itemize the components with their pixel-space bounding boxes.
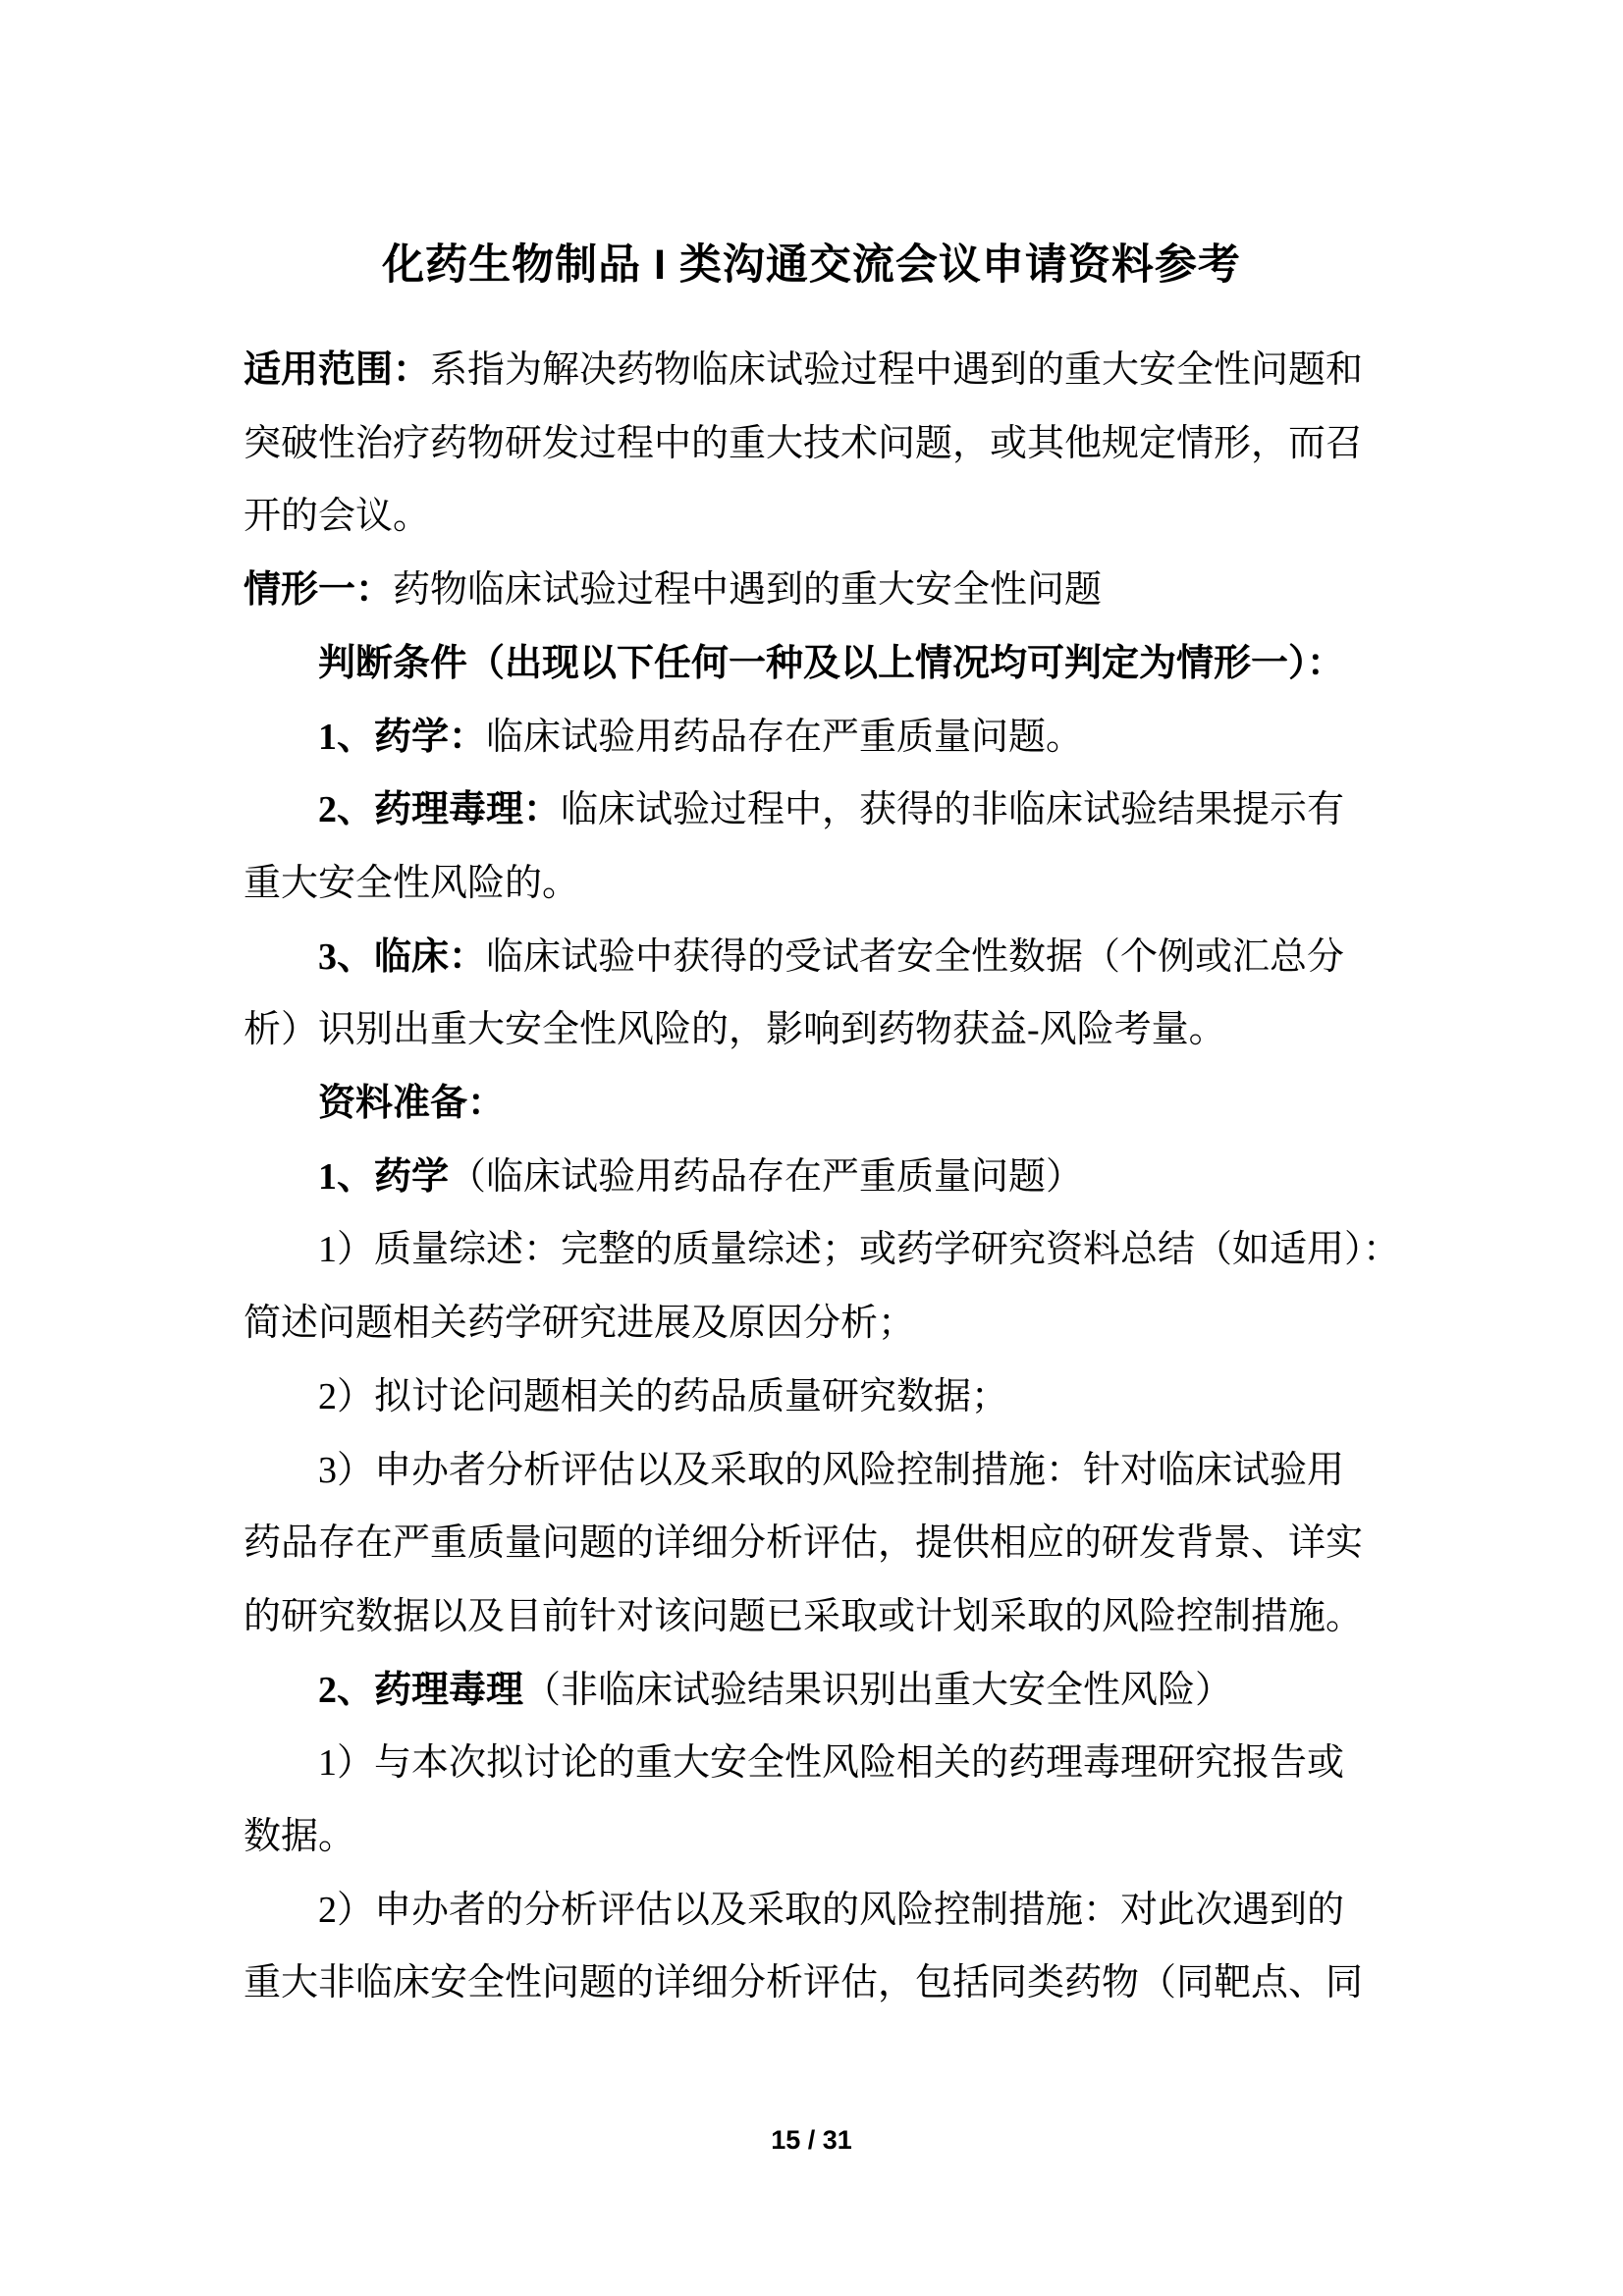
paragraph-lead: 判断条件（出现以下任何一种及以上情况均可判定为情形一）：	[318, 643, 1344, 684]
paragraph-lead: 1、药学	[318, 1156, 449, 1198]
paragraph-line: 析）识别出重大安全性风险的，影响到药物获益-风险考量。	[243, 993, 1451, 1067]
paragraph-line: 2、药理毒理：临床试验过程中，获得的非临床试验结果提示有	[243, 774, 1451, 847]
paragraph-line: 3）申办者分析评估以及采取的风险控制措施：针对临床试验用	[243, 1434, 1451, 1508]
paragraph-line: 情形一：药物临床试验过程中遇到的重大安全性问题	[243, 554, 1451, 627]
paragraph-text: （非临床试验结果识别出重大安全性风险）	[523, 1670, 1232, 1711]
paragraph-text: 1）与本次拟讨论的重大安全性风险相关的药理毒理研究报告或	[318, 1742, 1344, 1784]
paragraph-text: 数据。	[243, 1816, 355, 1857]
paragraph-line: 的研究数据以及目前针对该问题已采取或计划采取的风险控制措施。	[243, 1580, 1451, 1654]
paragraph: 2）申办者的分析评估以及采取的风险控制措施：对此次遇到的重大非临床安全性问题的详…	[243, 1874, 1451, 2020]
paragraph-text: 系指为解决药物临床试验过程中遇到的重大安全性问题和	[430, 349, 1363, 391]
document-body: 适用范围：系指为解决药物临床试验过程中遇到的重大安全性问题和突破性治疗药物研发过…	[243, 334, 1451, 2020]
paragraph-text: （临床试验用药品存在严重质量问题）	[449, 1156, 1083, 1198]
paragraph: 3）申办者分析评估以及采取的风险控制措施：针对临床试验用药品存在严重质量问题的详…	[243, 1434, 1451, 1654]
paragraph-line: 简述问题相关药学研究进展及原因分析；	[243, 1287, 1451, 1361]
paragraph-text: 临床试验用药品存在严重质量问题。	[486, 717, 1083, 758]
paragraph-text: 重大非临床安全性问题的详细分析评估，包括同类药物（同靶点、同	[243, 1962, 1363, 2003]
document-page: 化药生物制品 I 类沟通交流会议申请资料参考 适用范围：系指为解决药物临床试验过…	[0, 0, 1623, 2296]
paragraph-text: 临床试验过程中，获得的非临床试验结果提示有	[561, 789, 1344, 830]
paragraph: 1、药学：临床试验用药品存在严重质量问题。	[243, 701, 1451, 774]
paragraph-text: 突破性治疗药物研发过程中的重大技术问题，或其他规定情形，而召	[243, 423, 1363, 464]
paragraph-text: 简述问题相关药学研究进展及原因分析；	[243, 1303, 915, 1344]
paragraph-line: 2）拟讨论问题相关的药品质量研究数据；	[243, 1361, 1451, 1434]
paragraph-text: 的研究数据以及目前针对该问题已采取或计划采取的风险控制措施。	[243, 1596, 1363, 1637]
paragraph: 1）质量综述：完整的质量综述；或药学研究资料总结（如适用）：简述问题相关药学研究…	[243, 1213, 1451, 1360]
paragraph-text: 药品存在严重质量问题的详细分析评估，提供相应的研发背景、详实	[243, 1522, 1363, 1564]
paragraph: 1、药学（临床试验用药品存在严重质量问题）	[243, 1141, 1451, 1214]
paragraph-line: 数据。	[243, 1800, 1451, 1874]
paragraph-text: 药物临床试验过程中遇到的重大安全性问题	[393, 569, 1102, 611]
paragraph-lead: 适用范围：	[243, 349, 430, 391]
paragraph-line: 重大非临床安全性问题的详细分析评估，包括同类药物（同靶点、同	[243, 1947, 1451, 2020]
paragraph-text: 1）质量综述：完整的质量综述；或药学研究资料总结（如适用）：	[318, 1229, 1400, 1270]
paragraph-text: 开的会议。	[243, 496, 430, 537]
paragraph-line: 资料准备：	[243, 1067, 1451, 1141]
paragraph-line: 1、药学（临床试验用药品存在严重质量问题）	[243, 1141, 1451, 1214]
paragraph: 2、药理毒理（非临床试验结果识别出重大安全性风险）	[243, 1654, 1451, 1728]
paragraph-line: 2、药理毒理（非临床试验结果识别出重大安全性风险）	[243, 1654, 1451, 1728]
paragraph-lead: 3、临床：	[318, 936, 486, 978]
paragraph: 2）拟讨论问题相关的药品质量研究数据；	[243, 1361, 1451, 1434]
paragraph: 情形一：药物临床试验过程中遇到的重大安全性问题	[243, 554, 1451, 627]
paragraph-line: 重大安全性风险的。	[243, 847, 1451, 921]
page-title: 化药生物制品 I 类沟通交流会议申请资料参考	[0, 232, 1623, 292]
paragraph: 适用范围：系指为解决药物临床试验过程中遇到的重大安全性问题和突破性治疗药物研发过…	[243, 334, 1451, 554]
paragraph-line: 1、药学：临床试验用药品存在严重质量问题。	[243, 701, 1451, 774]
paragraph-line: 2）申办者的分析评估以及采取的风险控制措施：对此次遇到的	[243, 1874, 1451, 1948]
paragraph-lead: 1、药学：	[318, 717, 486, 758]
paragraph-lead: 2、药理毒理：	[318, 789, 561, 830]
paragraph: 资料准备：	[243, 1067, 1451, 1141]
paragraph-line: 1）与本次拟讨论的重大安全性风险相关的药理毒理研究报告或	[243, 1727, 1451, 1800]
paragraph-line: 3、临床：临床试验中获得的受试者安全性数据（个例或汇总分	[243, 921, 1451, 994]
paragraph-text: 2）拟讨论问题相关的药品质量研究数据；	[318, 1376, 1008, 1417]
paragraph: 3、临床：临床试验中获得的受试者安全性数据（个例或汇总分析）识别出重大安全性风险…	[243, 921, 1451, 1067]
paragraph: 2、药理毒理：临床试验过程中，获得的非临床试验结果提示有重大安全性风险的。	[243, 774, 1451, 920]
paragraph-text: 析）识别出重大安全性风险的，影响到药物获益-风险考量。	[243, 1009, 1226, 1050]
paragraph: 判断条件（出现以下任何一种及以上情况均可判定为情形一）：	[243, 627, 1451, 701]
paragraph-line: 药品存在严重质量问题的详细分析评估，提供相应的研发背景、详实	[243, 1507, 1451, 1580]
paragraph-line: 1）质量综述：完整的质量综述；或药学研究资料总结（如适用）：	[243, 1213, 1451, 1287]
paragraph: 1）与本次拟讨论的重大安全性风险相关的药理毒理研究报告或数据。	[243, 1727, 1451, 1873]
paragraph-text: 重大安全性风险的。	[243, 863, 579, 904]
paragraph-text: 临床试验中获得的受试者安全性数据（个例或汇总分	[486, 936, 1344, 978]
paragraph-line: 适用范围：系指为解决药物临床试验过程中遇到的重大安全性问题和	[243, 334, 1451, 407]
paragraph-lead: 情形一：	[243, 569, 393, 611]
paragraph-lead: 资料准备：	[318, 1083, 505, 1124]
paragraph-line: 判断条件（出现以下任何一种及以上情况均可判定为情形一）：	[243, 627, 1451, 701]
paragraph-line: 突破性治疗药物研发过程中的重大技术问题，或其他规定情形，而召	[243, 407, 1451, 481]
page-number: 15 / 31	[0, 2125, 1623, 2156]
paragraph-line: 开的会议。	[243, 480, 1451, 554]
paragraph-text: 3）申办者分析评估以及采取的风险控制措施：针对临床试验用	[318, 1450, 1344, 1491]
paragraph-lead: 2、药理毒理	[318, 1670, 523, 1711]
paragraph-text: 2）申办者的分析评估以及采取的风险控制措施：对此次遇到的	[318, 1890, 1344, 1931]
